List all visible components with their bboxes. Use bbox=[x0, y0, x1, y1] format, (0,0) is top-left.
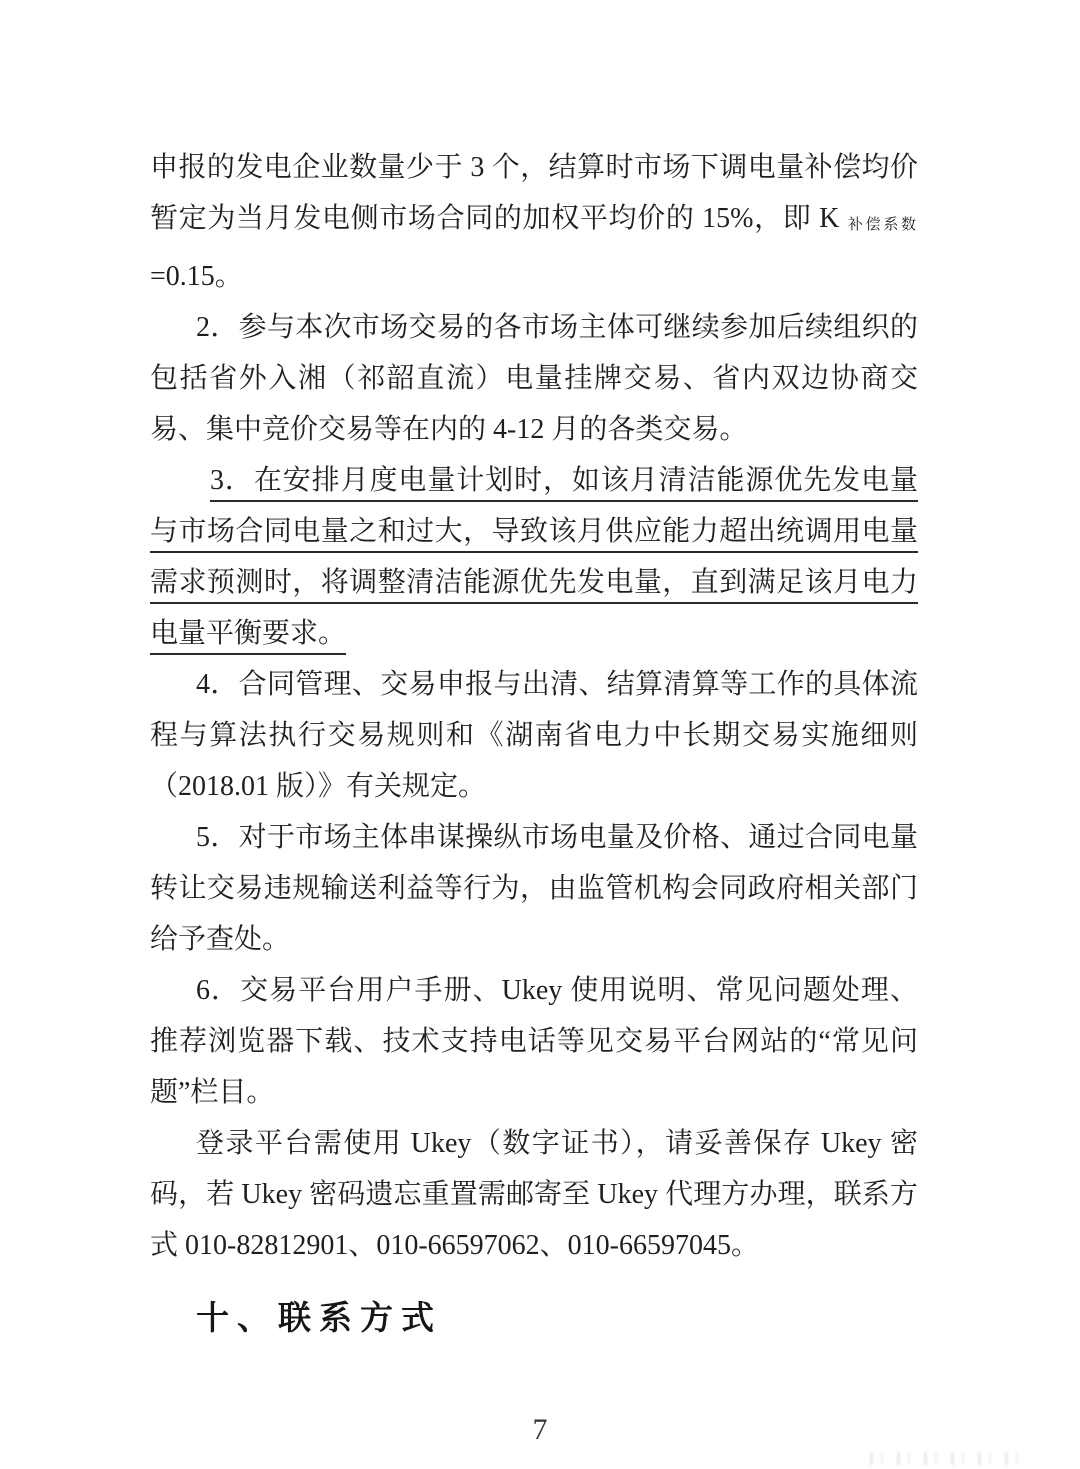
document-body: 申报的发电企业数量少于 3 个，结算时市场下调电量补偿均价暂定为当月发电侧市场合… bbox=[150, 142, 918, 1343]
paragraph-item-6: 6．交易平台用户手册、Ukey 使用说明、常见问题处理、推荐浏览器下载、技术支持… bbox=[150, 965, 918, 1118]
paragraph-compensation-price: 申报的发电企业数量少于 3 个，结算时市场下调电量补偿均价暂定为当月发电侧市场合… bbox=[150, 142, 918, 302]
scan-artifact bbox=[870, 1452, 1032, 1465]
paragraph-item-3-underlined: 3．在安排月度电量计划时，如该月清洁能源优先发电量与市场合同电量之和过大，导致该… bbox=[150, 455, 918, 659]
paragraph-item-2: 2．参与本次市场交易的各市场主体可继续参加后续组织的包括省外入湘（祁韶直流）电量… bbox=[150, 302, 918, 455]
section-heading-contact: 十、联系方式 bbox=[196, 1292, 918, 1343]
paragraph-ukey-login: 登录平台需使用 Ukey（数字证书），请妥善保存 Ukey 密码，若 Ukey … bbox=[150, 1118, 918, 1271]
document-page: 申报的发电企业数量少于 3 个，结算时市场下调电量补偿均价暂定为当月发电侧市场合… bbox=[0, 0, 1080, 1469]
k-subscript-label: 补偿系数 bbox=[847, 217, 918, 233]
paragraph-item-5: 5．对于市场主体串谋操纵市场电量及价格、通过合同电量转让交易违规输送利益等行为，… bbox=[150, 812, 918, 965]
page-number: 7 bbox=[0, 1413, 1080, 1447]
paragraph-text-after-k: =0.15。 bbox=[150, 261, 243, 292]
paragraph-text-before-k: 申报的发电企业数量少于 3 个，结算时市场下调电量补偿均价暂定为当月发电侧市场合… bbox=[150, 152, 918, 234]
paragraph-item-4: 4．合同管理、交易申报与出清、结算清算等工作的具体流程与算法执行交易规则和《湖南… bbox=[150, 659, 918, 812]
